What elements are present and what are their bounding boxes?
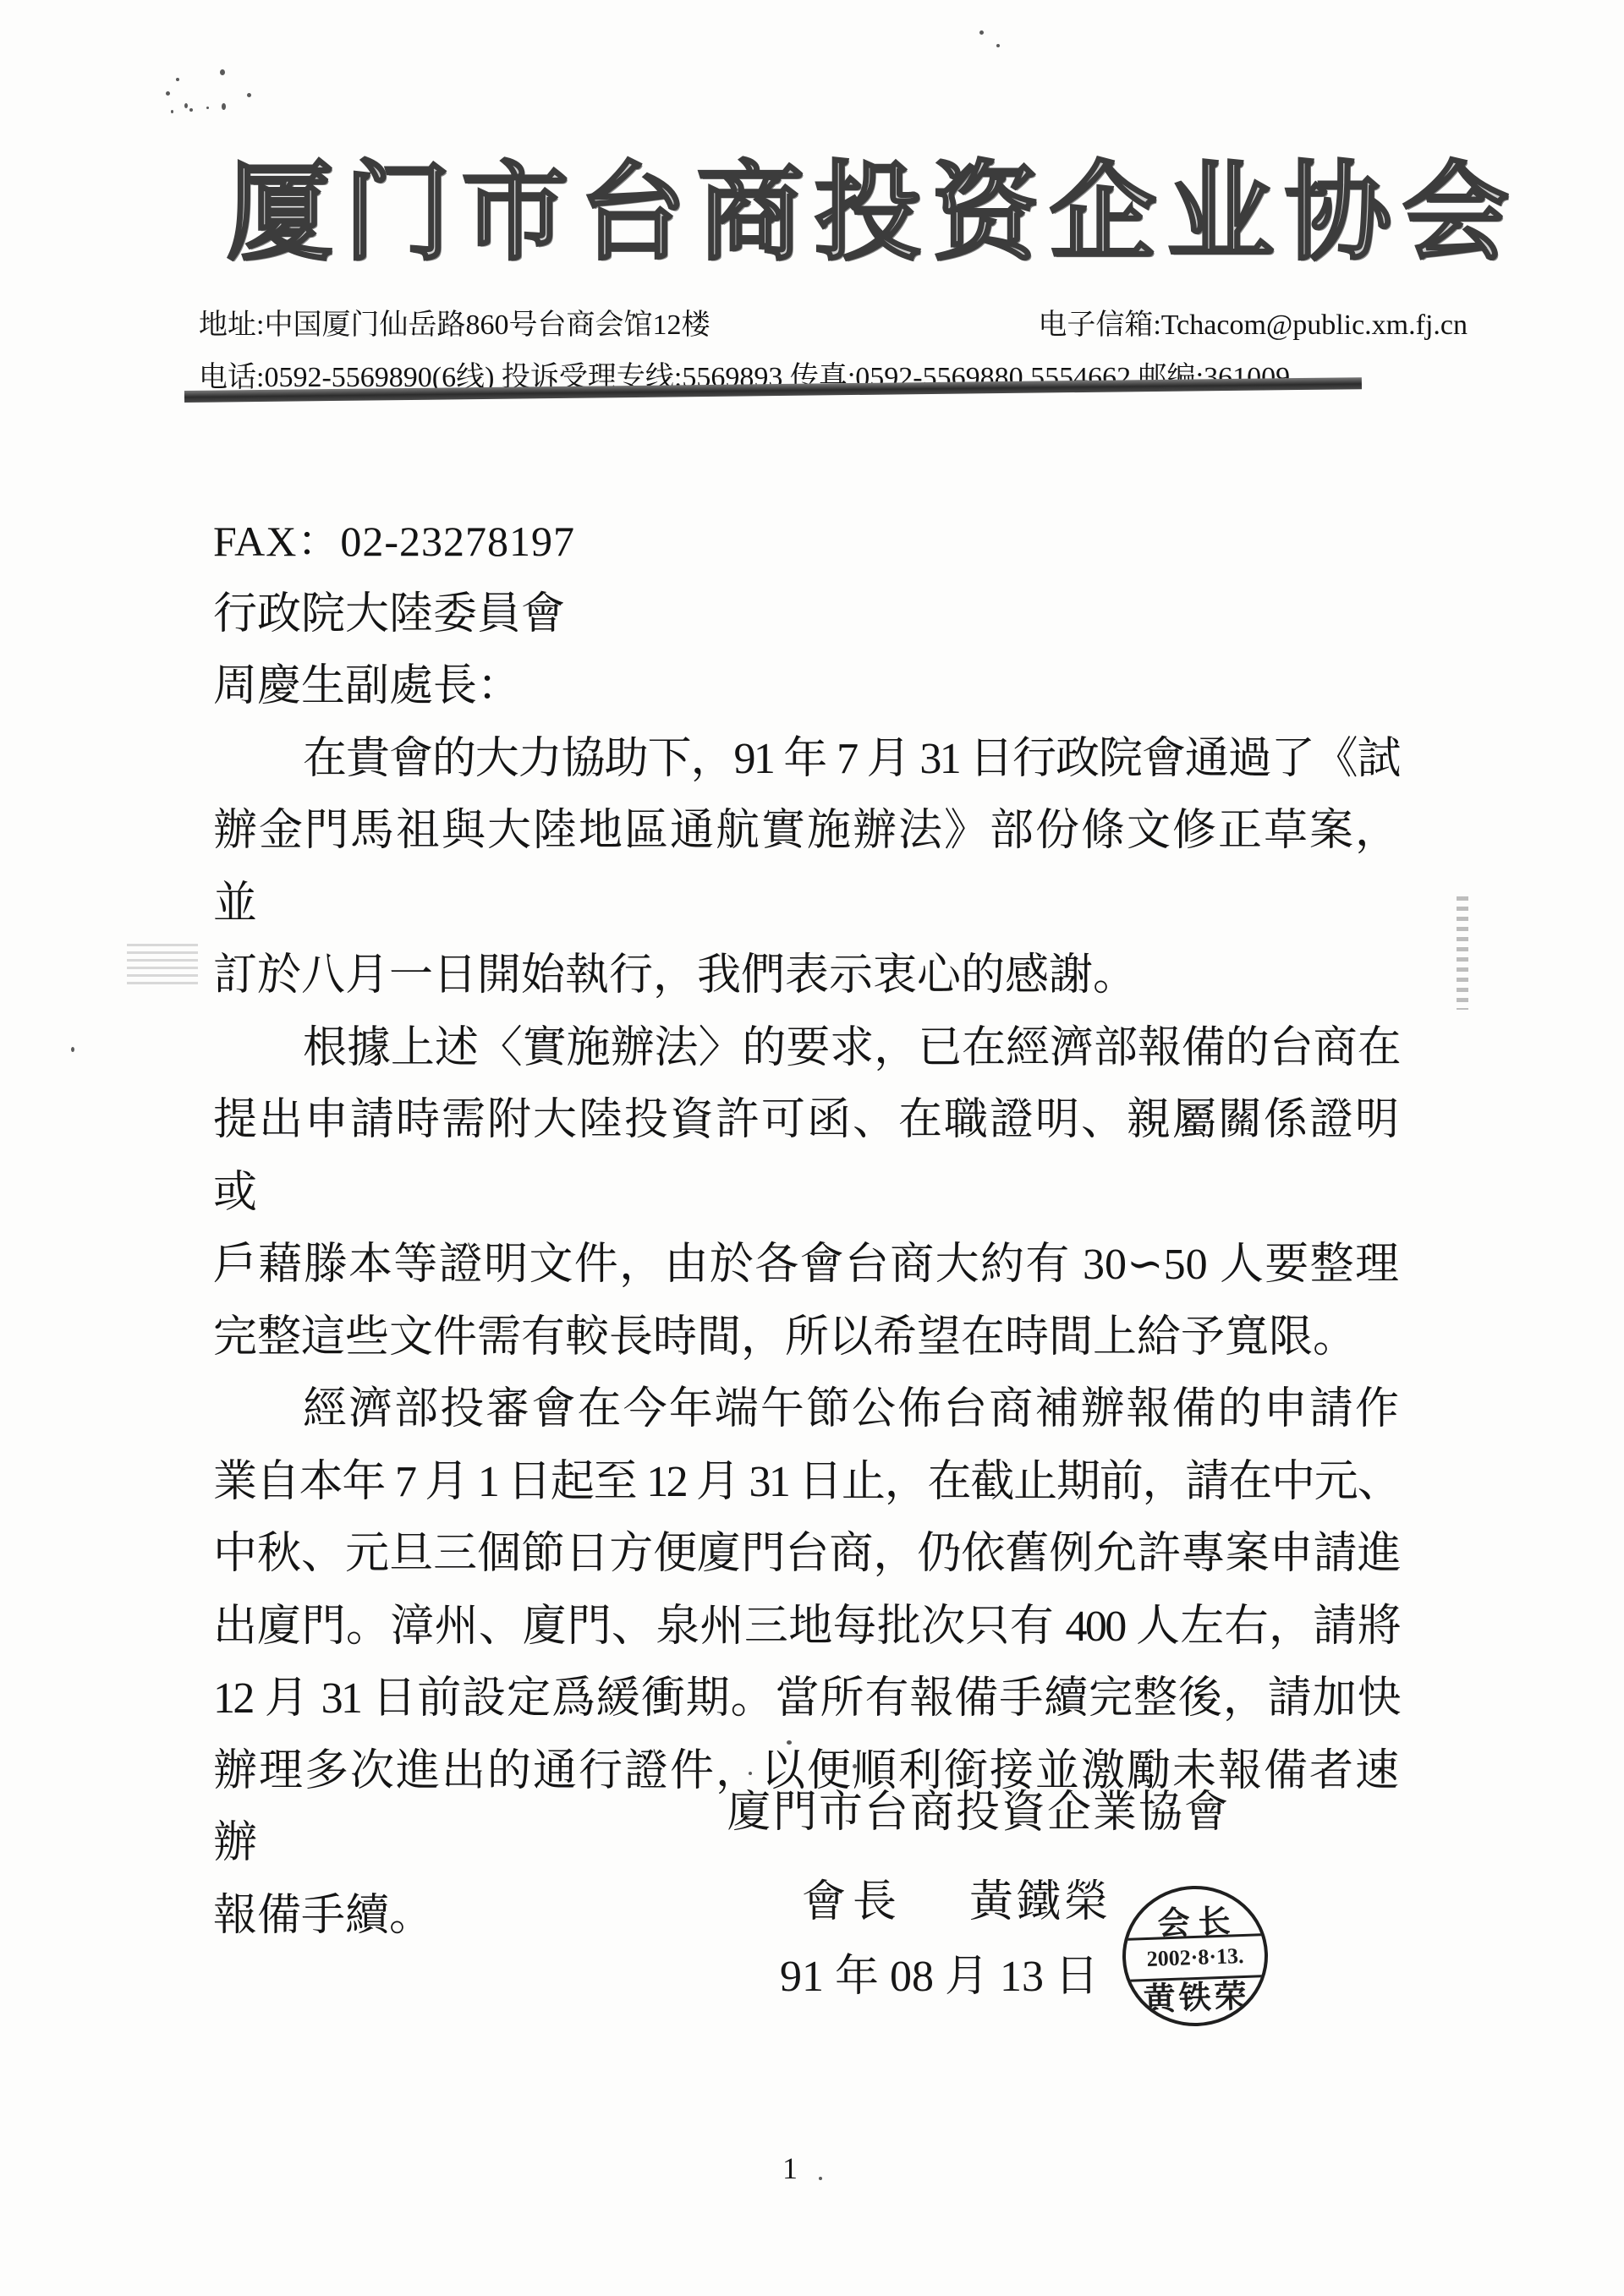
body-line: 根據上述〈實施辦法〉的要求，已在經濟部報備的台商在 [213,1012,1399,1085]
letterhead-address: 地址:中国厦门仙岳路860号台商会馆12楼 [199,301,710,342]
body-line: 提出申請時需附大陸投資許可函、在職證明、親屬關係證明或 [213,1084,1399,1229]
recipient-org: 行政院大陸委員會 [213,578,1399,651]
scan-speck [749,1772,752,1775]
body-line: 業自本年 7 月 1 日起至 12 月 31 日止，在截止期前，請在中元、 [213,1446,1399,1519]
scan-speck [979,30,984,35]
body-line: 辦金門馬祖與大陸地區通航實施辦法》部份條文修正草案，並 [213,795,1399,940]
body-line: 在貴會的大力協助下，91 年 7 月 31 日行政院會通過了《試 [213,723,1399,796]
scan-speck [71,1047,74,1052]
scan-speck [787,1740,792,1745]
body-line: 訂於八月一日開始執行，我們表示衷心的感謝。 [213,940,1399,1012]
letterhead-contact-row-1: 地址:中国厦门仙岳路860号台商会馆12楼 电子信箱:Tchacom@publi… [199,301,1468,342]
scan-speck [176,78,179,81]
body-line: 中秋、元旦三個節日方便廈門台商，仍依舊例允許專案申請進 [213,1518,1399,1591]
scan-speck [819,2177,822,2180]
body-line: 出廈門。漳州、廈門、泉州三地每批次只有 400 人左右，請將 [213,1591,1399,1663]
recipient-salutation: 周慶生副處長： [213,650,1399,723]
fax-line: FAX：02-23278197 [213,506,1399,578]
stamp-name-text: 黄铁荣 [1127,1969,1267,2020]
scan-speck [166,91,170,96]
body-line: 經濟部投審會在今年端午節公佈台商補辦報備的申請作 [213,1373,1399,1446]
scan-speck [220,69,225,75]
scan-smudge-left-margin [127,944,198,988]
letterhead-email: 电子信箱:Tchacom@public.xm.fj.cn [1038,301,1468,342]
page-number: 1 [782,2151,798,2186]
scan-speck [247,93,251,97]
scan-speck [222,103,226,110]
signature-title: 會長 [802,1866,903,1929]
signature-date: 91 年 08 月 13 日 [780,1940,1099,2003]
body-line: 12 月 31 日前設定爲緩衝期。當所有報備手續完整後，請加快 [213,1663,1399,1735]
scan-speck [853,1764,857,1768]
scan-speck [206,107,209,109]
scan-speck [171,110,173,113]
signature-name: 黃鐵榮 [969,1866,1111,1929]
letterhead-org-title: 厦门市台商投资企业协会 [227,154,1520,277]
scanned-letter-page: 厦门市台商投资企业协会 地址:中国厦门仙岳路860号台商会馆12楼 电子信箱:T… [0,0,1624,2296]
letter-body: FAX：02-23278197 行政院大陸委員會 周慶生副處長： 在貴會的大力協… [213,506,1399,1952]
scan-smudge-right-margin [1457,896,1468,1010]
scan-speck [189,108,193,112]
signature-org: 廈門市台商投資企業協會 [727,1776,1230,1839]
body-line: 戶藉滕本等證明文件，由於各會台商大約有 30∽50 人要整理 [213,1229,1399,1301]
president-seal-stamp: 会长 2002·8·13. 黄铁荣 [1120,1883,1270,2029]
scan-speck [184,103,188,108]
scan-speck [996,44,1000,47]
body-line: 完整這些文件需有較長時間，所以希望在時間上給予寬限。 [213,1301,1399,1374]
